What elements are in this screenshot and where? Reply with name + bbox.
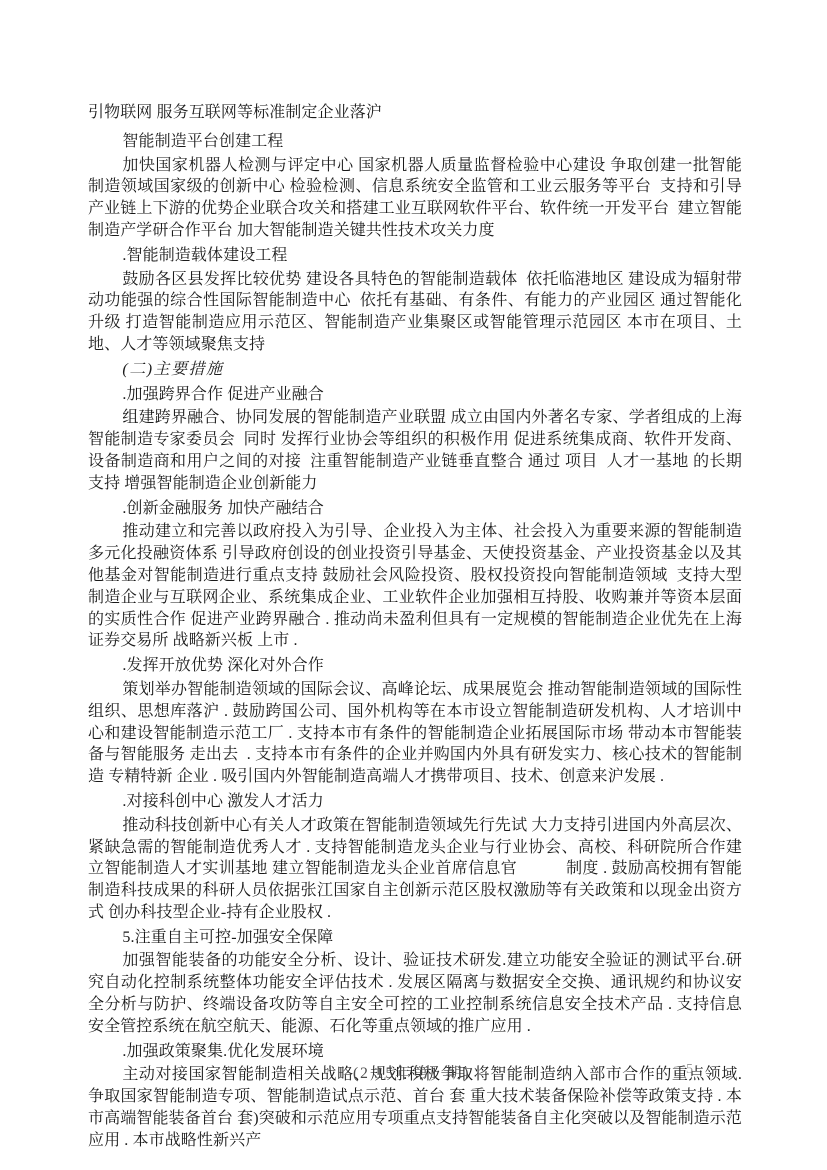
document-body: 引物联网 服务互联网等标准制定企业落沪 智能制造平台创建工程 加快国家机器人检测… [88, 102, 742, 1152]
continuation-line: 引物联网 服务互联网等标准制定企业落沪 [88, 102, 742, 124]
heading-platform-project: 智能制造平台创建工程 [88, 131, 742, 153]
heading-carrier-project: .智能制造载体建设工程 [88, 245, 742, 267]
paragraph-platform-project: 加快国家机器人检测与评定中心 国家机器人质量监督检验中心建设 争取创建一批智能制… [88, 155, 742, 242]
heading-security-assurance: 5.注重自主可控-加强安全保障 [88, 927, 742, 949]
heading-cross-border: .加强跨界合作 促进产业融合 [88, 384, 742, 406]
heading-main-measures: (二)主要措施 [88, 359, 742, 381]
paragraph-carrier-project: 鼓励各区县发挥比较优势 建设各具特色的智能制造载体 依托临港地区 建设成为辐射带… [88, 269, 742, 356]
scanned-document-page: 引物联网 服务互联网等标准制定企业落沪 智能制造平台创建工程 加快国家机器人检测… [0, 0, 827, 1170]
paragraph-financial-services: 推动建立和完善以政府投入为引导、企业投入为主体、社会投入为重要来源的智能制造多元… [88, 521, 742, 652]
footer-journal-issue: (2 15年第1 期) [353, 1061, 471, 1083]
footer-page-number: 5 [686, 1062, 693, 1078]
paragraph-opening-cooperation: 策划举办智能制造领域的国际会议、高峰论坛、成果展览会 推动智能制造领域的国际性组… [88, 679, 742, 788]
paragraph-security-assurance: 加强智能装备的功能安全分析、设计、验证技术研发.建立功能安全验证的测试平台.研究… [88, 950, 742, 1037]
heading-financial-services: .创新金融服务 加快产融结合 [88, 498, 742, 520]
paragraph-cross-border: 组建跨界融合、协同发展的智能制造产业联盟 成立由国内外著名专家、学者组成的上海智… [88, 407, 742, 494]
heading-talent-vitality: .对接科创中心 激发人才活力 [88, 791, 742, 813]
paragraph-talent-vitality: 推动科技创新中心有关人才政策在智能制造领域先行先试 大力支持引进国内外高层次、紧… [88, 815, 742, 924]
heading-opening-cooperation: .发挥开放优势 深化对外合作 [88, 655, 742, 677]
heading-policy-environment: .加强政策聚集.优化发展环境 [88, 1041, 742, 1063]
